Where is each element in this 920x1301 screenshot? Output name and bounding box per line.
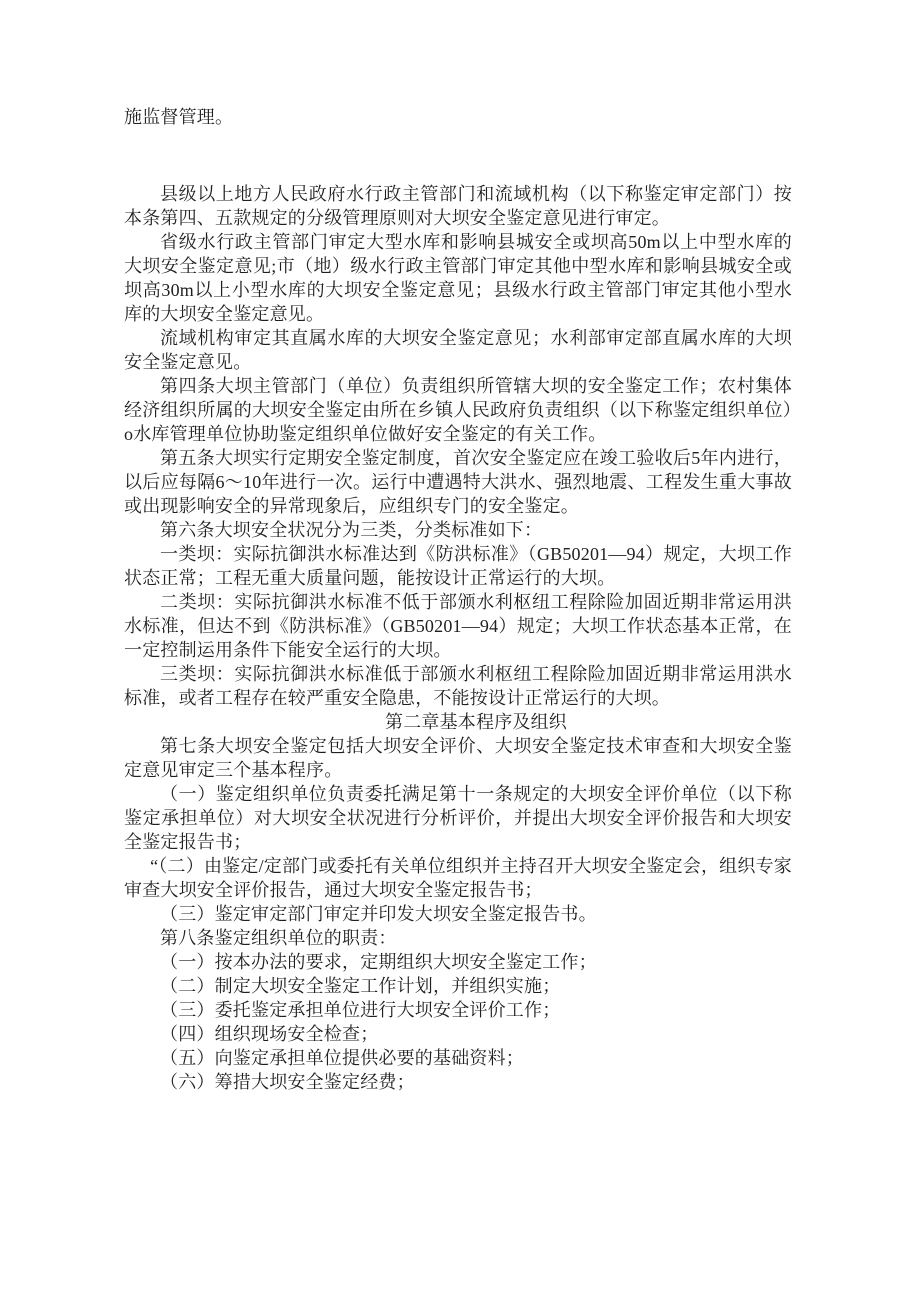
paragraph-class-2-dam: 二类坝：实际抗御洪水标准不低于部颁水利枢纽工程除险加固近期非常运用洪水标准，但达… — [124, 590, 792, 662]
paragraph-review-authority: 县级以上地方人民政府水行政主管部门和流域机构（以下称鉴定审定部门）按本条第四、五… — [124, 182, 792, 230]
paragraph-class-1-dam: 一类坝：实际抗御洪水标准达到《防洪标准》（GB50201—94）规定，大坝工作状… — [124, 542, 792, 590]
paragraph-continuation: 施监督管理。 — [124, 105, 792, 129]
paragraph-provincial-review: 省级水行政主管部门审定大型水库和影响县城安全或坝高50m以上中型水库的大坝安全鉴… — [124, 230, 792, 326]
paragraph-article-7-item-2: “（二）由鉴定/定部门或委托有关单位组织并主持召开大坝安全鉴定会，组织专家审查大… — [124, 854, 792, 902]
document-body: 施监督管理。 县级以上地方人民政府水行政主管部门和流域机构（以下称鉴定审定部门）… — [124, 105, 792, 1094]
paragraph-article-8-item-2: （二）制定大坝安全鉴定工作计划，并组织实施； — [124, 974, 792, 998]
paragraph-basin-agency-review: 流域机构审定其直属水库的大坝安全鉴定意见；水利部审定部直属水库的大坝安全鉴定意见… — [124, 326, 792, 374]
paragraph-article-8-item-3: （三）委托鉴定承担单位进行大坝安全评价工作； — [124, 998, 792, 1022]
paragraph-article-4: 第四条大坝主管部门（单位）负责组织所管辖大坝的安全鉴定工作；农村集体经济组织所属… — [124, 374, 792, 446]
paragraph-article-8: 第八条鉴定组织单位的职责： — [124, 926, 792, 950]
paragraph-article-7-item-3: （三）鉴定审定部门审定并印发大坝安全鉴定报告书。 — [124, 902, 792, 926]
chapter-2-heading: 第二章基本程序及组织 — [124, 710, 792, 734]
paragraph-article-8-item-4: （四）组织现场安全检查； — [124, 1022, 792, 1046]
paragraph-class-3-dam: 三类坝：实际抗御洪水标准低于部颁水利枢纽工程除险加固近期非常运用洪水标准，或者工… — [124, 662, 792, 710]
paragraph-article-6: 第六条大坝安全状况分为三类，分类标准如下： — [124, 518, 792, 542]
paragraph-article-8-item-6: （六）筹措大坝安全鉴定经费； — [124, 1070, 792, 1094]
paragraph-article-8-item-5: （五）向鉴定承担单位提供必要的基础资料； — [124, 1046, 792, 1070]
paragraph-article-7: 第七条大坝安全鉴定包括大坝安全评价、大坝安全鉴定技术审查和大坝安全鉴定意见审定三… — [124, 734, 792, 782]
paragraph-article-7-item-1: （一）鉴定组织单位负责委托满足第十一条规定的大坝安全评价单位（以下称鉴定承担单位… — [124, 782, 792, 854]
document-page: 施监督管理。 县级以上地方人民政府水行政主管部门和流域机构（以下称鉴定审定部门）… — [0, 0, 920, 1301]
paragraph-article-8-item-1: （一）按本办法的要求，定期组织大坝安全鉴定工作； — [124, 950, 792, 974]
paragraph-article-5: 第五条大坝实行定期安全鉴定制度，首次安全鉴定应在竣工验收后5年内进行，以后应每隔… — [124, 446, 792, 518]
